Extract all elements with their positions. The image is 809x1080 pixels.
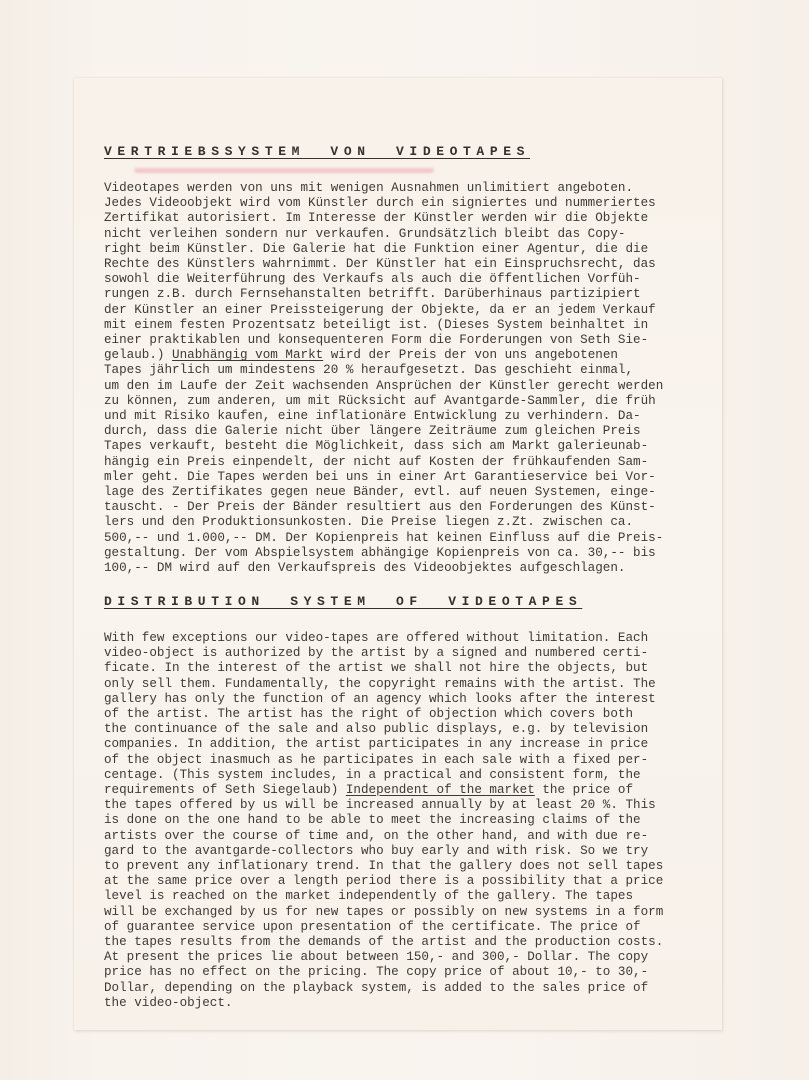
text-line: Jedes Videoobjekt wird vom Künstler durc… xyxy=(104,196,724,211)
underlined-phrase: Independent of the market xyxy=(346,783,535,797)
text-line: At present the prices lie about between … xyxy=(104,950,724,965)
german-body: Videotapes werden von uns mit wenigen Au… xyxy=(104,181,724,576)
text-line: 100,-- DM wird auf den Verkaufspreis des… xyxy=(104,561,724,576)
text-line: at the same price over a length period t… xyxy=(104,874,724,889)
text-line: price has no effect on the pricing. The … xyxy=(104,965,724,980)
text-line: companies. In addition, the artist parti… xyxy=(104,737,724,752)
text-line: gallery has only the function of an agen… xyxy=(104,692,724,707)
text-line: nicht verleihen sondern nur verkaufen. G… xyxy=(104,227,724,242)
text-line: Rechte des Künstlers wahrnimmt. Der Küns… xyxy=(104,257,724,272)
text-line: gard to the avantgarde-collectors who bu… xyxy=(104,844,724,859)
text-line: the tapes results from the demands of th… xyxy=(104,935,724,950)
text-line: um den im Laufe der Zeit wachsenden Ansp… xyxy=(104,379,724,394)
text-line: rungen z.B. durch Fernsehanstalten betri… xyxy=(104,287,724,302)
text-line: mit einem festen Prozentsatz beteiligt i… xyxy=(104,318,724,333)
text-line: Videotapes werden von uns mit wenigen Au… xyxy=(104,181,724,196)
text-line: durch, dass die Galerie nicht über länge… xyxy=(104,424,724,439)
text-line: mler geht. Die Tapes werden bei uns in e… xyxy=(104,470,724,485)
text-line: gelaub.) Unabhängig vom Markt wird der P… xyxy=(104,348,724,363)
text-line: will be exchanged by us for new tapes or… xyxy=(104,905,724,920)
text-line: sowohl die Weiterführung des Verkaufs al… xyxy=(104,272,724,287)
text-line: 500,-- und 1.000,-- DM. Der Kopienpreis … xyxy=(104,531,724,546)
text-line: of the artist. The artist has the right … xyxy=(104,707,724,722)
text-line: der Künstler an einer Preissteigerung de… xyxy=(104,303,724,318)
text-line: zu können, zum anderen, um mit Rücksicht… xyxy=(104,394,724,409)
english-section: DISTRIBUTION SYSTEM OF VIDEOTAPES With f… xyxy=(104,594,724,1011)
text-line: artists over the course of time and, on … xyxy=(104,829,724,844)
english-body: With few exceptions our video-tapes are … xyxy=(104,631,724,1011)
text-line: lage des Zertifikates gegen neue Bänder,… xyxy=(104,485,724,500)
text-line: Tapes jährlich um mindestens 20 % herauf… xyxy=(104,363,724,378)
text-line: Tapes verkauft, besteht die Möglichkeit,… xyxy=(104,439,724,454)
text-line: Zertifikat autorisiert. Im Interesse der… xyxy=(104,211,724,226)
text-line: einer praktikablen und konsequenteren Fo… xyxy=(104,333,724,348)
text-line: tauscht. - Der Preis der Bänder resultie… xyxy=(104,500,724,515)
german-heading: VERTRIEBSSYSTEM VON VIDEOTAPES xyxy=(104,144,724,159)
text-line: right beim Künstler. Die Galerie hat die… xyxy=(104,242,724,257)
text-line: hängig ein Preis einpendelt, der nicht a… xyxy=(104,455,724,470)
text-line: video-object is authorized by the artist… xyxy=(104,646,724,661)
text-line: und mit Risiko kaufen, eine inflationäre… xyxy=(104,409,724,424)
text-line: only sell them. Fundamentally, the copyr… xyxy=(104,677,724,692)
text-line: the continuance of the sale and also pub… xyxy=(104,722,724,737)
text-line: level is reached on the market independe… xyxy=(104,889,724,904)
text-line: ficate. In the interest of the artist we… xyxy=(104,661,724,676)
english-heading: DISTRIBUTION SYSTEM OF VIDEOTAPES xyxy=(104,594,724,609)
text-line: of guarantee service upon presentation o… xyxy=(104,920,724,935)
text-line: the video-object. xyxy=(104,996,724,1011)
german-section: VERTRIEBSSYSTEM VON VIDEOTAPES Videotape… xyxy=(104,144,724,576)
text-line: requirements of Seth Siegelaub) Independ… xyxy=(104,783,724,798)
text-line: lers und den Produktionsunkosten. Die Pr… xyxy=(104,515,724,530)
underlined-phrase: Unabhängig vom Markt xyxy=(172,348,323,362)
text-line: the tapes offered by us will be increase… xyxy=(104,798,724,813)
text-line: to prevent any inflationary trend. In th… xyxy=(104,859,724,874)
text-line: Dollar, depending on the playback system… xyxy=(104,981,724,996)
text-line: gestaltung. Der vom Abspielsystem abhäng… xyxy=(104,546,724,561)
text-line: of the object inasmuch as he participate… xyxy=(104,753,724,768)
pink-marker-highlight xyxy=(134,168,434,173)
text-line: is done on the one hand to be able to me… xyxy=(104,813,724,828)
text-line: centage. (This system includes, in a pra… xyxy=(104,768,724,783)
text-line: With few exceptions our video-tapes are … xyxy=(104,631,724,646)
